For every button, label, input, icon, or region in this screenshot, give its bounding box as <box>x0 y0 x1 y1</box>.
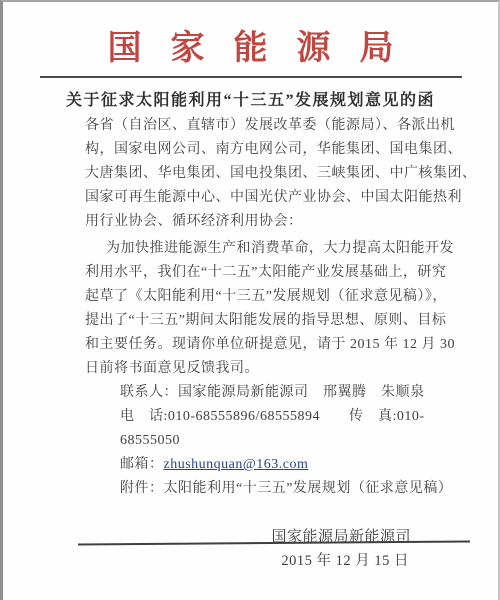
email-line: 邮箱：zhushunquan@163.com <box>120 453 477 477</box>
scanned-letter-page: 国家能源局 关于征求太阳能利用“十三五”发展规划意见的函 各省（自治区、直辖市）… <box>0 0 500 600</box>
signature-date: 2015 年 12 月 15 日 <box>85 549 411 573</box>
agency-letterhead-title: 国家能源局 <box>3 20 500 69</box>
contact-person-line: 联系人：国家能源局新能源司 邢翼腾 朱顺泉 <box>120 381 477 405</box>
signature-block: 国家能源局新能源司 2015 年 12 月 15 日 <box>85 525 477 573</box>
email-address: zhushunquan@163.com <box>164 457 309 472</box>
main-paragraph: 为加快推进能源生产和消费革命，大力提高太阳能开发 利用水平，我们在“十二五”太阳… <box>85 237 477 381</box>
document-title: 关于征求太阳能利用“十三五”发展规划意见的函 <box>3 87 498 110</box>
signature-department: 国家能源局新能源司 <box>85 525 411 549</box>
letterhead-divider <box>40 76 462 78</box>
email-label: 邮箱： <box>120 457 164 472</box>
recipients-paragraph: 各省（自治区、直辖市）发展改革委（能源局）、各派出机 构，国家电网公司、南方电网… <box>85 114 477 234</box>
letter-body: 各省（自治区、直辖市）发展改革委（能源局）、各派出机 构，国家电网公司、南方电网… <box>85 114 477 573</box>
attachment-line: 附件：太阳能利用“十三五”发展规划（征求意见稿） <box>120 477 477 501</box>
contact-block: 联系人：国家能源局新能源司 邢翼腾 朱顺泉 电 话:010-68555896/6… <box>85 381 477 501</box>
phone-fax-line: 电 话:010-68555896/68555894 传 真:010-685550… <box>120 405 477 453</box>
